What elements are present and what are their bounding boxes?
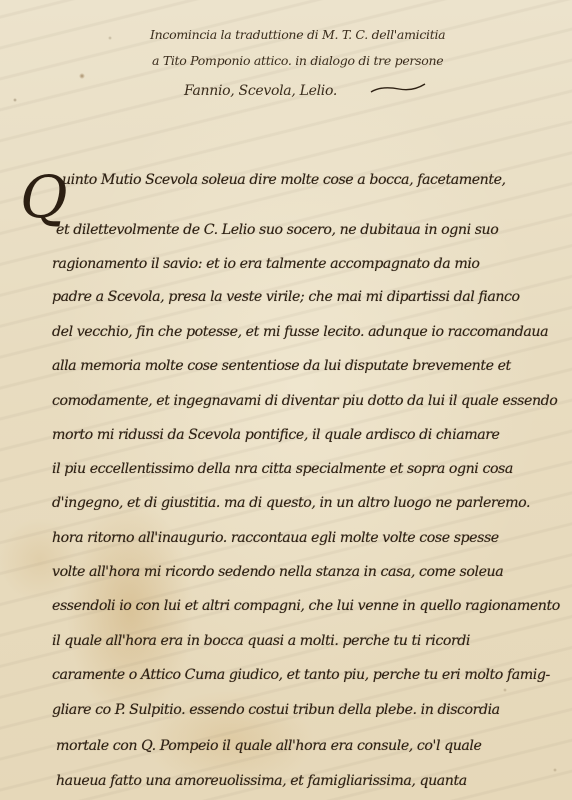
manuscript-page: Incomincia la traduttione di M. T. C. de… xyxy=(0,0,572,800)
text-line-3: ragionamento il savio: et io era talment… xyxy=(52,254,480,274)
text-line-16: gliare co P. Sulpitio. essendo costui tr… xyxy=(52,700,500,720)
text-line-15: caramente o Attico Cuma giudico, et tant… xyxy=(52,665,550,685)
speakers-list: Fannio, Scevola, Lelio. xyxy=(184,83,337,99)
text-line-4: padre a Scevola, presa la veste virile; … xyxy=(52,287,520,307)
flourish-ornament-icon xyxy=(369,74,427,108)
text-line-1: uinto Mutio Scevola soleua dire molte co… xyxy=(62,170,506,190)
text-line-10: d'ingegno, et di giustitia. ma di questo… xyxy=(52,493,530,513)
text-line-9: il piu eccellentissimo della nra citta s… xyxy=(52,459,513,479)
drop-cap-letter: Q xyxy=(20,168,68,226)
text-line-14: il quale all'hora era in bocca quasi a m… xyxy=(52,631,470,651)
text-line-2: et dilettevolmente de C. Lelio suo socer… xyxy=(56,220,498,240)
heading-line-2: a Tito Pomponio attico. in dialogo di tr… xyxy=(150,48,560,74)
text-line-13: essendoli io con lui et altri compagni, … xyxy=(52,596,560,616)
text-line-7: comodamente, et ingegnavami di diventar … xyxy=(52,391,557,411)
text-line-6: alla memoria molte cose sententiose da l… xyxy=(52,356,511,376)
text-line-5: del vecchio, fin che potesse, et mi fuss… xyxy=(52,322,548,342)
text-line-17: mortale con Q. Pompeio il quale all'hora… xyxy=(56,736,481,756)
heading-line-3: Fannio, Scevola, Lelio. xyxy=(150,74,560,104)
text-line-11: hora ritorno all'inaugurio. raccontaua e… xyxy=(52,528,499,548)
title-heading: Incomincia la traduttione di M. T. C. de… xyxy=(150,22,560,104)
heading-line-1: Incomincia la traduttione di M. T. C. de… xyxy=(150,22,560,48)
text-line-8: morto mi ridussi da Scevola pontifice, i… xyxy=(52,425,500,445)
text-line-12: volte all'hora mi ricordo sedendo nella … xyxy=(52,562,503,582)
text-line-18: haueua fatto una amoreuolissima, et fami… xyxy=(56,771,467,791)
